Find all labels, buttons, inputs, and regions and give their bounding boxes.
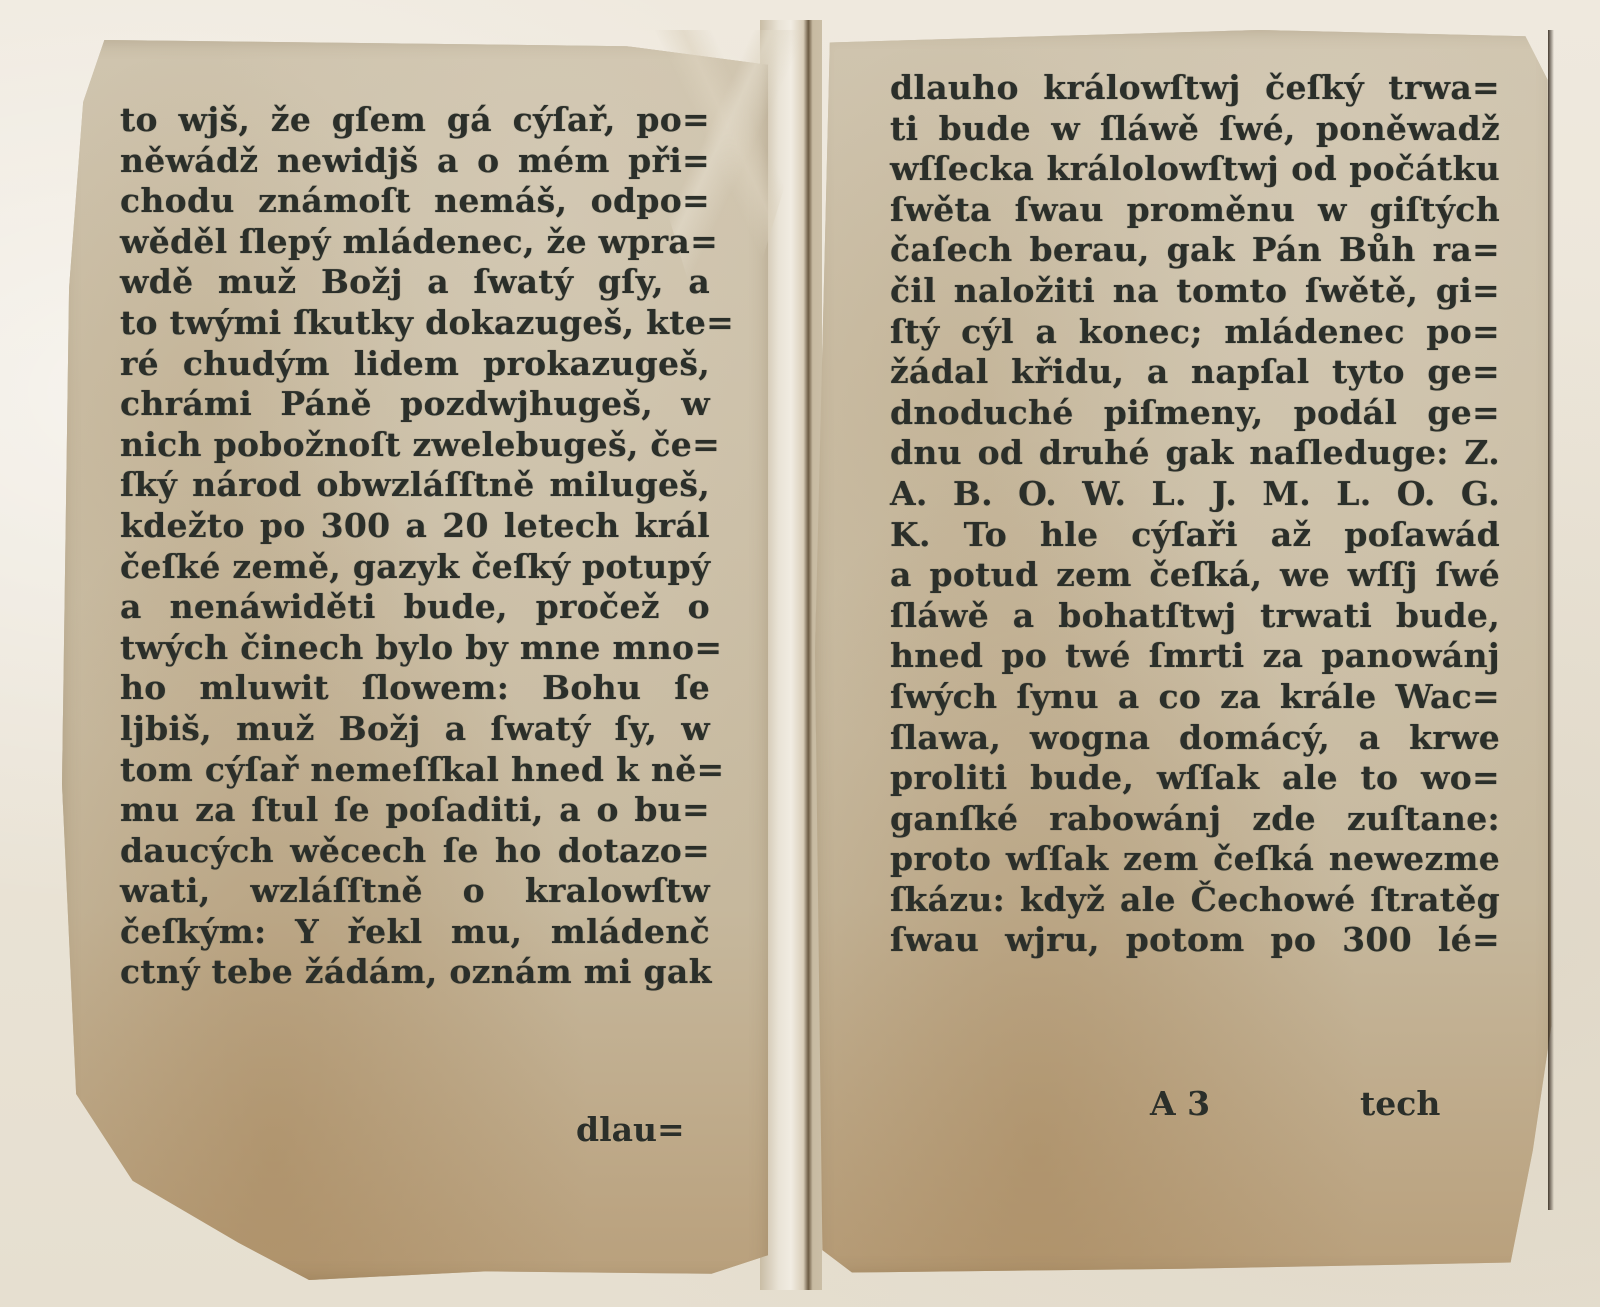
text-line: ſkázu: když ale Čechowé ſtratěg [890,880,1500,921]
text-line: chodu známoſt nemáš, odpo= [120,181,710,222]
text-line: A. B. O. W. L. J. M. L. O. G. [890,474,1500,515]
text-line: ſtý cýl a konec; mládenec po= [890,312,1500,353]
right-page-catchword: tech [1360,1084,1440,1123]
text-line: ganſké rabowánj zde zuſtane: [890,799,1500,840]
text-line: wěděl ſlepý mládenec, že wpra= [120,222,710,263]
text-line: chrámi Páně pozdwjhugeš, w [120,384,710,425]
text-line: čaſech berau, gak Pán Bůh ra= [890,230,1500,271]
text-line: nich pobožnoſt zwelebugeš, če= [120,425,710,466]
text-line: ho mluwit ſlowem: Bohu ſe [120,668,710,709]
text-line: ſký národ obwzláſſtně milugeš, [120,465,710,506]
text-line: twých činech bylo by mne mno= [120,628,710,669]
text-line: daucých wěcech ſe ho dotazo= [120,831,710,872]
text-line: čil naložiti na tomto ſwětě, gi= [890,271,1500,312]
book-spread: to wjš, že gſem gá cýſař, po= něwádž new… [0,0,1600,1307]
text-line: hned po twé ſmrti za panowánj [890,636,1500,677]
text-line: čeſkým: Y řekl mu, mládenč [120,912,710,953]
text-line: dnu od druhé gak naſleduge: Z. [890,433,1500,474]
text-line: dnoduché piſmeny, podál ge= [890,393,1500,434]
text-line: K. To hle cýſaři až poſawád [890,515,1500,556]
text-line: dlauho králowſtwj čeſký trwa= [890,68,1500,109]
text-line: to wjš, že gſem gá cýſař, po= [120,100,710,141]
text-line: ctný tebe žádám, oznám mi gak [120,952,710,993]
text-line: proliti bude, wſſak ale to wo= [890,758,1500,799]
text-line: mu za ſtul ſe poſaditi, a o bu= [120,790,710,831]
text-line: a nenáwiděti bude, pročež o [120,587,710,628]
right-page-edge-shadow [1548,30,1554,1210]
text-line: proto wſſak zem čeſká newezme [890,839,1500,880]
text-line: wati, wzláſſtně o kralowſtw [120,871,710,912]
text-line: ſwau wjru, potom po 300 lé= [890,920,1500,961]
text-line: wſſecka králolowſtwj od počátku [890,149,1500,190]
text-line: něwádž newidjš a o mém při= [120,141,710,182]
text-line: ſwěta ſwau proměnu w giſtých [890,190,1500,231]
text-line: ljbiš, muž Božj a ſwatý ſy, w [120,709,710,750]
left-page-text: to wjš, že gſem gá cýſař, po= něwádž new… [120,100,710,993]
text-line: a potud zem čeſká, we wſſj ſwé [890,555,1500,596]
text-line: ſlawa, wogna domácý, a krwe [890,718,1500,759]
text-line: wdě muž Božj a ſwatý gſy, a [120,262,710,303]
text-line: to twými ſkutky dokazugeš, kte= [120,303,710,344]
signature-mark: A 3 [1150,1084,1210,1123]
left-page-catchword: dlau= [576,1110,685,1149]
text-line: čeſké země, gazyk čeſký potupý [120,547,710,588]
text-line: ti bude w ſláwě ſwé, poněwadž [890,109,1500,150]
text-line: tom cýſař nemeſſkal hned k ně= [120,750,710,791]
text-line: ré chudým lidem prokazugeš, [120,344,710,385]
text-line: žádal křidu, a napſal tyto ge= [890,352,1500,393]
text-line: ſwých ſynu a co za krále Wac= [890,677,1500,718]
text-line: ſláwě a bohatſtwj trwati bude, [890,596,1500,637]
right-page-text: dlauho králowſtwj čeſký trwa= ti bude w … [890,68,1500,961]
text-line: kdežto po 300 a 20 letech král [120,506,710,547]
